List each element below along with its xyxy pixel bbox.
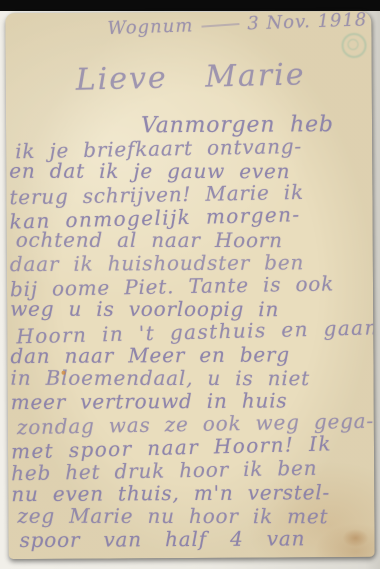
letter-date: 3 Nov. 1918 <box>247 11 368 34</box>
greeting: Lieve Marie <box>75 57 306 97</box>
pen-flourish <box>201 21 239 28</box>
handwritten-line: nu even thuis, m'n verstel- <box>11 481 372 506</box>
handwritten-line: dan naar Meer en berg <box>10 343 371 368</box>
postmark-stamp-icon <box>341 33 366 58</box>
paper-speck <box>62 371 66 375</box>
dateline: Wognum 3 Nov. 1918 <box>107 11 368 39</box>
handwritten-line: ochtend al naar Hoorn <box>10 229 371 253</box>
paper-stain <box>342 529 368 547</box>
handwritten-line: spoor van half 4 van <box>11 527 372 552</box>
place-name: Wognum <box>107 15 194 39</box>
photo-frame: Wognum 3 Nov. 1918 Lieve Marie Vanmorgen… <box>0 0 380 569</box>
handwritten-line: zeg Marie nu hoor ik met <box>11 505 372 529</box>
letter-body: Vanmorgen hebik je briefkaart ontvang-en… <box>9 113 373 552</box>
postcard: Wognum 3 Nov. 1918 Lieve Marie Vanmorgen… <box>5 11 374 559</box>
